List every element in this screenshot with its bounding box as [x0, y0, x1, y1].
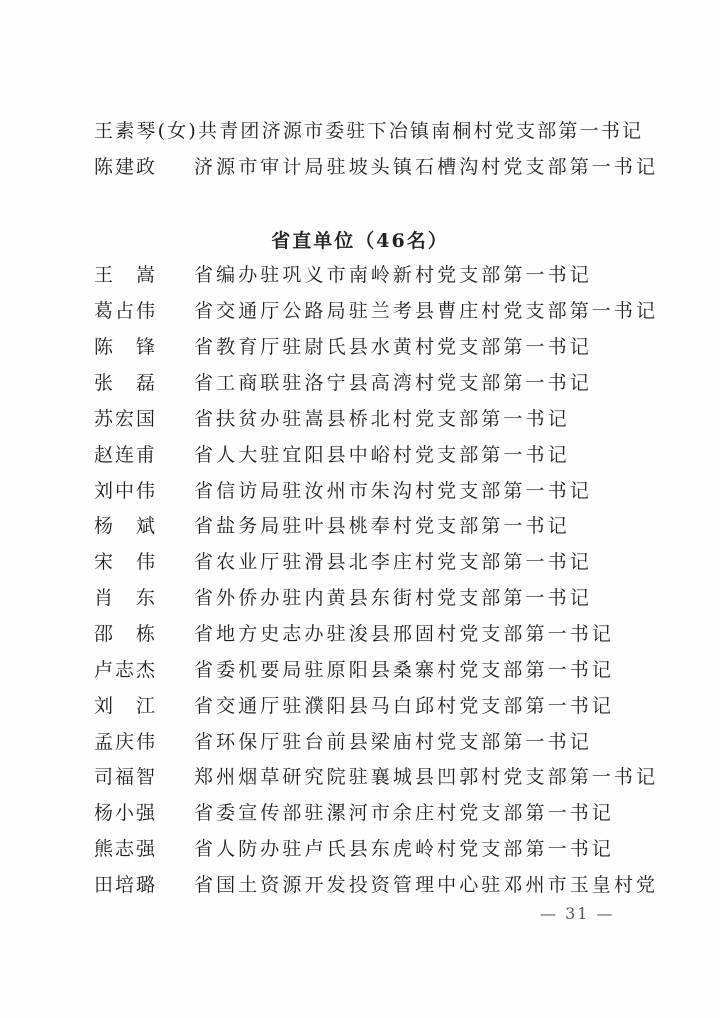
entry-description: 省地方史志办驻浚县邢固村党支部第一书记 [194, 620, 614, 648]
entry-name: 赵连甫 [94, 441, 157, 469]
entry-name: 苏宏国 [94, 405, 157, 433]
entry-description: 济源市审计局驻坡头镇石槽沟村党支部第一书记 [194, 153, 658, 181]
entry-name: 熊志强 [94, 835, 157, 863]
entry-name: 葛占伟 [94, 297, 157, 325]
entry-name: 刘中伟 [94, 477, 157, 505]
section-heading: 省直单位（46名） [0, 226, 720, 253]
entry-description: 省农业厅驻滑县北李庄村党支部第一书记 [194, 548, 592, 576]
entry-name: 司福智 [94, 763, 157, 791]
entry-description: 郑州烟草研究院驻襄城县凹郭村党支部第一书记 [194, 763, 658, 791]
entry-full-text: 王素琴(女)共青团济源市委驻下冶镇南桐村党支部第一书记 [94, 117, 643, 145]
entry-description: 省教育厅驻尉氏县水黄村党支部第一书记 [194, 333, 592, 361]
entry-description: 省人防办驻卢氏县东虎岭村党支部第一书记 [194, 835, 614, 863]
entry-name: 孟庆伟 [94, 728, 157, 756]
entry-description: 省国土资源开发投资管理中心驻邓州市玉皇村党 [194, 871, 658, 899]
entry-name: 邵 栋 [94, 620, 157, 648]
page-number: — 31 — [540, 904, 615, 923]
entry-name: 卢志杰 [94, 656, 157, 684]
entry-name: 陈 锋 [94, 333, 157, 361]
entry-description: 省编办驻巩义市南岭新村党支部第一书记 [194, 261, 592, 289]
entry-description: 省人大驻宜阳县中峪村党支部第一书记 [194, 441, 570, 469]
entry-description: 省交通厅驻濮阳县马白邱村党支部第一书记 [194, 692, 614, 720]
entry-name: 肖 东 [94, 584, 157, 612]
entry-description: 省扶贫办驻嵩县桥北村党支部第一书记 [194, 405, 570, 433]
entry-name: 田培璐 [94, 871, 157, 899]
entry-name: 杨小强 [94, 799, 157, 827]
entry-description: 省环保厅驻台前县梁庙村党支部第一书记 [194, 728, 592, 756]
entry-description: 省盐务局驻叶县桃奉村党支部第一书记 [194, 512, 570, 540]
entry-description: 省交通厅公路局驻兰考县曹庄村党支部第一书记 [194, 297, 658, 325]
document-page: 王素琴(女)共青团济源市委驻下冶镇南桐村党支部第一书记 陈建政 济源市审计局驻坡… [0, 0, 720, 1018]
entry-name: 刘 江 [94, 692, 157, 720]
entry-name: 张 磊 [94, 369, 157, 397]
entry-description: 省外侨办驻内黄县东街村党支部第一书记 [194, 584, 592, 612]
entry-name: 杨 斌 [94, 512, 157, 540]
entry-description: 省信访局驻汝州市朱沟村党支部第一书记 [194, 477, 592, 505]
entry-name: 王 嵩 [94, 261, 157, 289]
entry-description: 省委机要局驻原阳县桑寨村党支部第一书记 [194, 656, 614, 684]
entry-description: 省委宣传部驻漯河市余庄村党支部第一书记 [194, 799, 614, 827]
entry-description: 省工商联驻洛宁县高湾村党支部第一书记 [194, 369, 592, 397]
entry-name: 宋 伟 [94, 548, 157, 576]
entry-name: 陈建政 [94, 153, 157, 181]
